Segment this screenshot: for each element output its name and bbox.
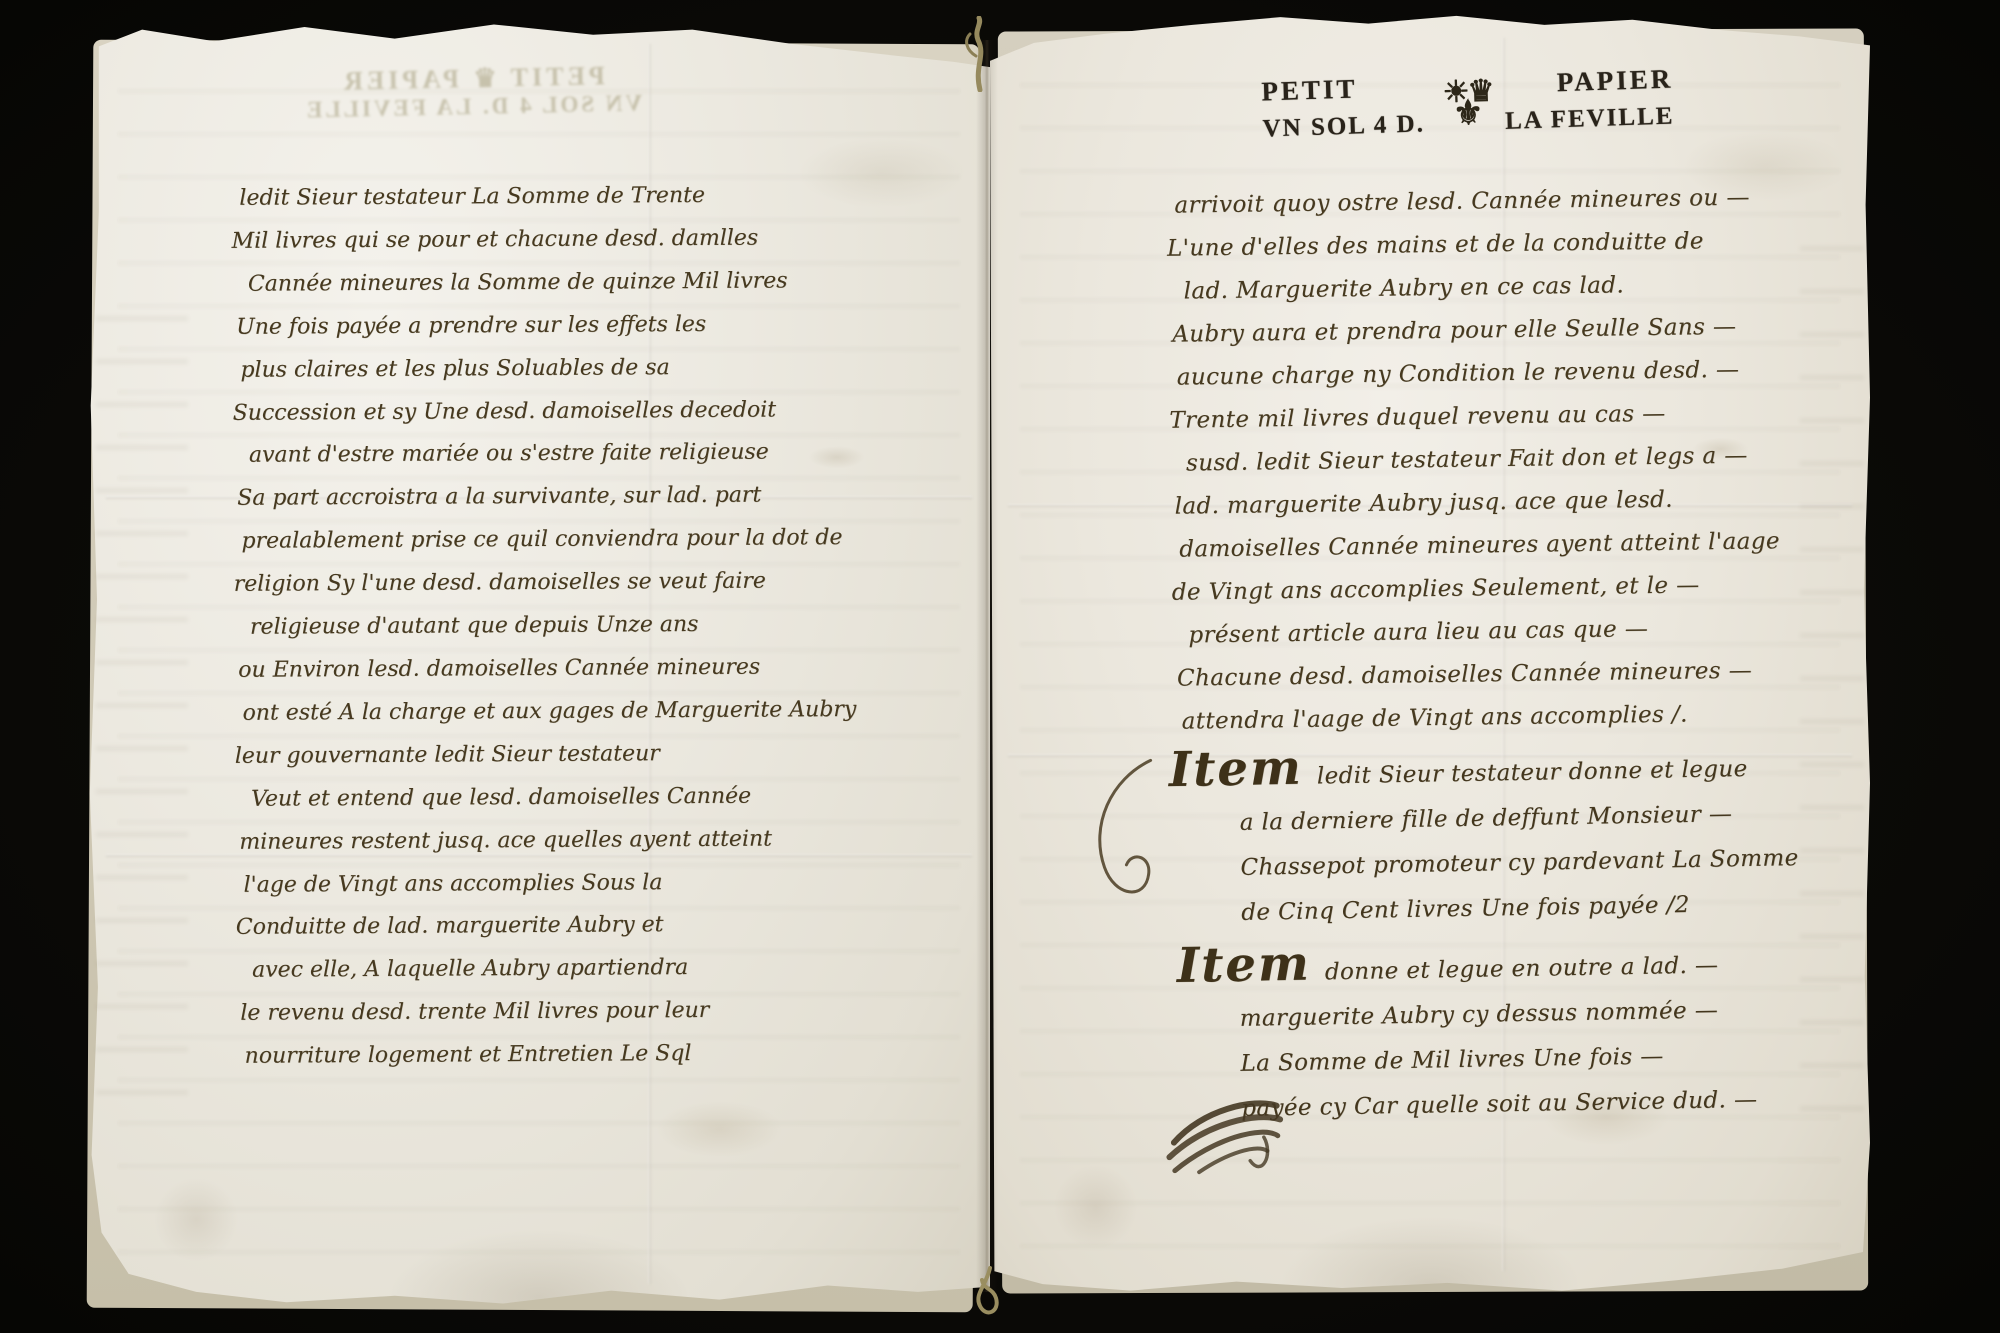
item-lead-word: Item <box>1176 936 1311 994</box>
item2-first-line: donne et legue en outre a lad. — <box>1325 952 1719 985</box>
stamp-word-petit: PETIT <box>1261 73 1358 107</box>
manuscript-line: avant d'estre mariée ou s'estre faite re… <box>249 432 831 478</box>
manuscript-line: l'age de Vingt ans accomplies Sous la <box>243 861 833 908</box>
stamp-word-lafeville: LA FEVILLE <box>1505 103 1675 136</box>
manuscript-line: Cannée mineures la Somme de quinze Mil l… <box>248 260 830 306</box>
ghost-stamp: PETIT ♛ PAPIER VN SOL 4 D. LA FEVILLE <box>281 60 665 152</box>
manuscript-line: avec elle, A laquelle Aubry apartiendra <box>252 946 834 992</box>
manuscript-line: religieuse d'autant que depuis Unze ans <box>250 603 832 649</box>
manuscript-line: ont esté A la charge et aux gages de Mar… <box>242 689 832 736</box>
manuscript-photo: PETIT ♛ PAPIER VN SOL 4 D. LA FEVILLE PE… <box>0 0 2000 1333</box>
manuscript-line: nourriture logement et Entretien Le Sql <box>244 1032 834 1079</box>
left-page-text: ledit Sieur testateur La Somme de Trente… <box>229 174 834 1079</box>
manuscript-line: le revenu desd. trente Mil livres pour l… <box>240 989 834 1036</box>
manuscript-line: Mil livres qui se pour et chacune desd. … <box>232 217 830 264</box>
manuscript-line: ledit Sieur testateur La Somme de Trente <box>239 174 829 221</box>
manuscript-line: prealablement prise ce quil conviendra p… <box>241 517 831 564</box>
page-fold <box>976 40 998 1292</box>
stamp-ornament-icon: ☀♛ ⚜ <box>1442 80 1493 129</box>
manuscript-line: Conduitte de lad. marguerite Aubry et <box>236 904 834 951</box>
item1-lines: a la derniere fille de deffunt Monsieur … <box>1167 790 1869 937</box>
item-lead-word: Item <box>1168 740 1303 798</box>
manuscript-line: Une fois payée a prendre sur les effets … <box>236 303 830 350</box>
manuscript-line: ou Environ lesd. damoiselles Cannée mine… <box>238 646 832 693</box>
manuscript-line: Veut et entend que lesd. damoiselles Can… <box>251 775 833 821</box>
item1-first-line: ledit Sieur testateur donne et legue <box>1317 756 1748 790</box>
stamp-word-value: VN SOL 4 D. <box>1262 110 1425 143</box>
ink-flourish-scribble <box>1157 1084 1316 1195</box>
bequest-item-1: Itemledit Sieur testateur donne et legue… <box>1166 736 1869 937</box>
tax-stamp: PETIT PAPIER VN SOL 4 D. LA FEVILLE ☀♛ ⚜ <box>1261 60 1675 153</box>
binding-thread-bottom <box>956 1266 1026 1330</box>
manuscript-line: mineures restent jusq. ace quelles ayent… <box>239 818 833 865</box>
manuscript-line: Sa part accroistra a la survivante, sur … <box>237 475 831 522</box>
margin-flourish <box>1081 754 1176 926</box>
manuscript-line: leur gouvernante ledit Sieur testateur <box>235 732 833 779</box>
right-page-text: arrivoit quoy ostre lesd. Cannée mineure… <box>1164 175 1852 743</box>
manuscript-line: religion Sy l'une desd. damoiselles se v… <box>234 560 832 607</box>
stamp-word-papier: PAPIER <box>1556 63 1673 98</box>
manuscript-line: plus claires et les plus Soluables de sa <box>240 346 830 393</box>
binding-thread-top <box>952 16 1012 92</box>
manuscript-line: Succession et sy Une desd. damoiselles d… <box>233 389 831 436</box>
